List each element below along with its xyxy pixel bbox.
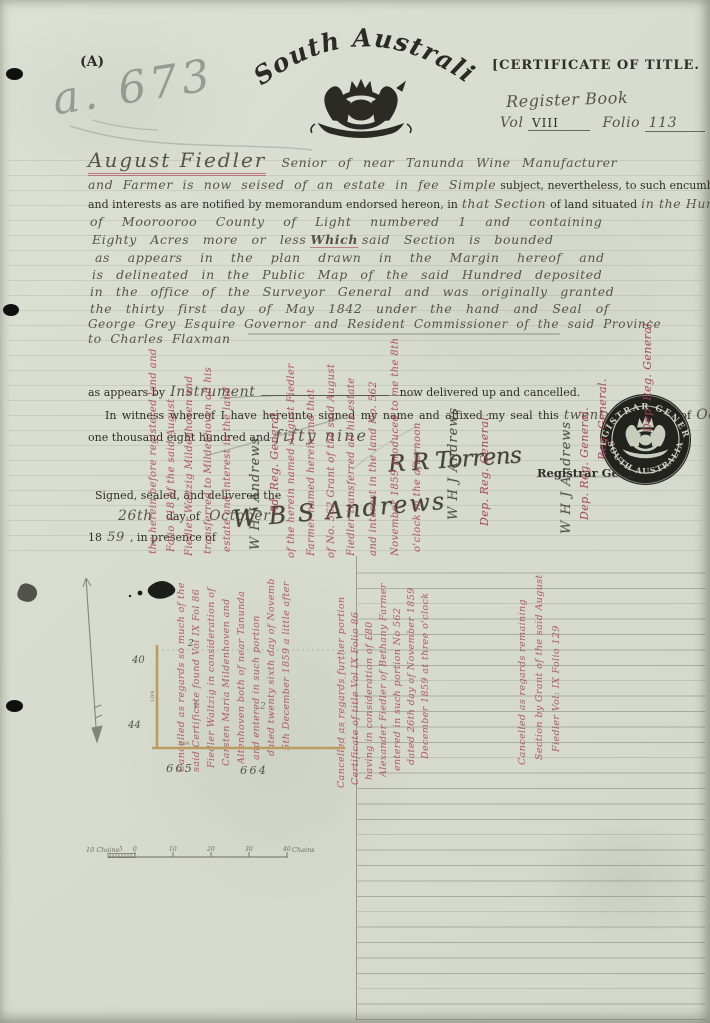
plan-mark-2-right: 2	[259, 702, 266, 712]
plan-dashed-boundary	[157, 650, 345, 748]
red-annotation-column: of No. 562 Grant of the said August	[326, 312, 337, 558]
punch-hole	[6, 700, 23, 712]
scale-right-label: Chains	[292, 846, 315, 854]
red-annotation-column: Folio 118 of the said August	[166, 320, 177, 552]
crest-emblem	[311, 80, 411, 138]
pencil-underline	[92, 120, 158, 130]
certificate-of-title-document: (A) a. 673 South Australia. [CERTIFICATE…	[0, 0, 710, 1023]
red-official-title: Dep. Reg. General.	[641, 300, 654, 432]
ink-blot	[129, 581, 175, 599]
ink-smudge	[15, 581, 39, 604]
red-cancellation-column: December 1859 at three o'clock	[420, 571, 431, 759]
plan-label-664: 664	[240, 763, 268, 777]
red-cancellation-column: Section by Grant of the said August	[534, 565, 545, 760]
body-line-3: and interests as are notified by memoran…	[88, 196, 710, 211]
pencil-register-number: a. 673	[49, 50, 217, 126]
red-official-title: Reg. General.	[596, 322, 609, 460]
body-line-2-pr: subject, nevertheless, to such encumbran…	[500, 179, 710, 192]
scale-bar-line	[108, 852, 288, 858]
body-line-5: Eighty Acres more or less Which said Sec…	[92, 232, 554, 247]
red-annotation-column: and interest in the land No. 562	[368, 314, 379, 556]
red-cancellation-column: Alexander Fiedler of Bethany Farmer	[378, 567, 389, 777]
red-annotation-column: November 1859 produced to me the 8th	[390, 316, 401, 556]
body-line-3-pr1: and interests as are notified by memoran…	[88, 198, 458, 211]
body-line-3-hw1: that Section	[462, 196, 546, 211]
red-annotation-column: Fiedler Waltzig Mildenhoven and	[184, 314, 195, 556]
red-annotation-column: estate and interest in the land	[222, 322, 233, 552]
red-official-title: Dep. Reg. General.	[478, 398, 491, 526]
punch-hole	[3, 304, 19, 316]
grantee-description: Senior of near Tanunda Wine Manufacturer	[281, 155, 617, 170]
plan-dim-horizontal: 2304	[177, 741, 190, 747]
scale-tick-20: 20	[206, 846, 215, 853]
red-cancellation-column: entered in such portion No 562	[392, 569, 403, 771]
certificate-of-title-label: [CERTIFICATE OF TITLE.	[492, 58, 700, 73]
red-annotation-column: of the herein named August Fiedler	[286, 312, 297, 558]
coat-of-arms-crest: South Australia.	[244, 16, 479, 146]
red-annotation-column: Fiedler transferred all his estate	[346, 318, 357, 556]
red-annotation-column: the herein before registered land and	[148, 316, 159, 554]
scale-tick-40: 40	[282, 846, 291, 853]
register-book-label: Register Book	[506, 88, 629, 111]
body-line-4: of Moorooroo County of Light numbered 1 …	[90, 214, 602, 229]
body-line-8: in the office of the Surveyor General an…	[90, 284, 614, 299]
witness-pr3: one thousand eight hundred and	[88, 431, 270, 444]
body-line-2: and Farmer is now seised of an estate in…	[88, 177, 710, 192]
plan-section-lines	[152, 645, 345, 748]
red-annotation-column: transferred to Mildenhoven all his	[203, 318, 214, 554]
vertical-signature: W H J Andrews	[446, 350, 461, 520]
body-line-5a: Eighty Acres more or less	[92, 232, 306, 247]
red-cancellation-column: dated 26th day of November 1859	[406, 569, 417, 765]
vol-label: Vol	[500, 115, 524, 131]
body-line-3-hw2: in the Hundred	[641, 196, 710, 211]
scale-bar-labels: 10 Chains 5 0 10 20 30 40 Chains	[86, 846, 315, 854]
body-line-7: is delineated in the Public Map of the s…	[92, 267, 602, 282]
plan-label-44: 44	[127, 720, 141, 731]
red-annotation-column: Farmer named herein and that	[306, 316, 317, 556]
vertical-signature: W H J Andrews	[559, 396, 574, 534]
body-line-1: August Fiedler Senior of near Tanunda Wi…	[88, 148, 668, 172]
red-cancellation-column: Fiedler Vol: IX Folio 129	[551, 567, 562, 752]
scale-tick-10: 10	[169, 846, 177, 853]
body-line-5c: said Section is bounded	[362, 232, 554, 247]
scale-tick-0: 0	[133, 846, 137, 853]
plan-mark-2-top: 2	[187, 639, 194, 649]
red-annotation-column: o'clock in the afternoon	[412, 320, 423, 552]
folio-label: Folio	[602, 115, 640, 131]
scale-tick-30: 30	[245, 846, 253, 853]
scale-tick-5: 5	[119, 846, 123, 853]
red-cancellation-column: having in consideration of £80	[364, 565, 375, 780]
plan-labels: 40 44 665 664 2 1 2 1304 2304	[127, 639, 268, 777]
witness-month-hw: October	[696, 407, 710, 423]
scale-left-label: 10 Chains	[86, 846, 120, 854]
punch-hole	[6, 68, 23, 80]
red-official-title: Ad. Reg. General.	[268, 388, 281, 514]
body-line-9: the thirty first day of May 1842 under t…	[90, 301, 609, 316]
plan-dim-vertical: 1304	[150, 690, 156, 702]
red-official-title: Dep. Reg. General.	[578, 402, 591, 520]
vertical-signature: W H J Andrews	[248, 390, 263, 550]
plan-mark-1: 1	[193, 701, 199, 711]
body-line-3-pr2: of land situated	[550, 198, 637, 211]
arc-title-text: South Australia.	[244, 16, 479, 91]
survey-plan: 40 44 665 664 2 1 2 1304 2304	[70, 560, 360, 790]
year-hw: 59	[107, 530, 125, 545]
vol-value: VIII	[528, 116, 590, 131]
folio-value: 113	[645, 115, 705, 132]
plan-label-40: 40	[131, 655, 145, 666]
year-pr: 18	[88, 531, 102, 544]
body-line-6: as appears in the plan drawn in the Marg…	[95, 250, 605, 265]
grantee-name: August Fiedler	[88, 148, 266, 176]
north-arrow	[83, 578, 102, 742]
body-line-5b: Which	[310, 232, 358, 248]
red-cancellation-column: Cancelled as regards remaining	[517, 565, 528, 765]
body-line-2-hw: and Farmer is now seised of an estate in…	[88, 177, 496, 192]
plan-label-665: 665	[166, 761, 194, 775]
vol-folio-line: Vol VIII Folio 113	[500, 115, 705, 132]
scale-bar: 10 Chains 5 0 10 20 30 40 Chains	[80, 840, 315, 868]
